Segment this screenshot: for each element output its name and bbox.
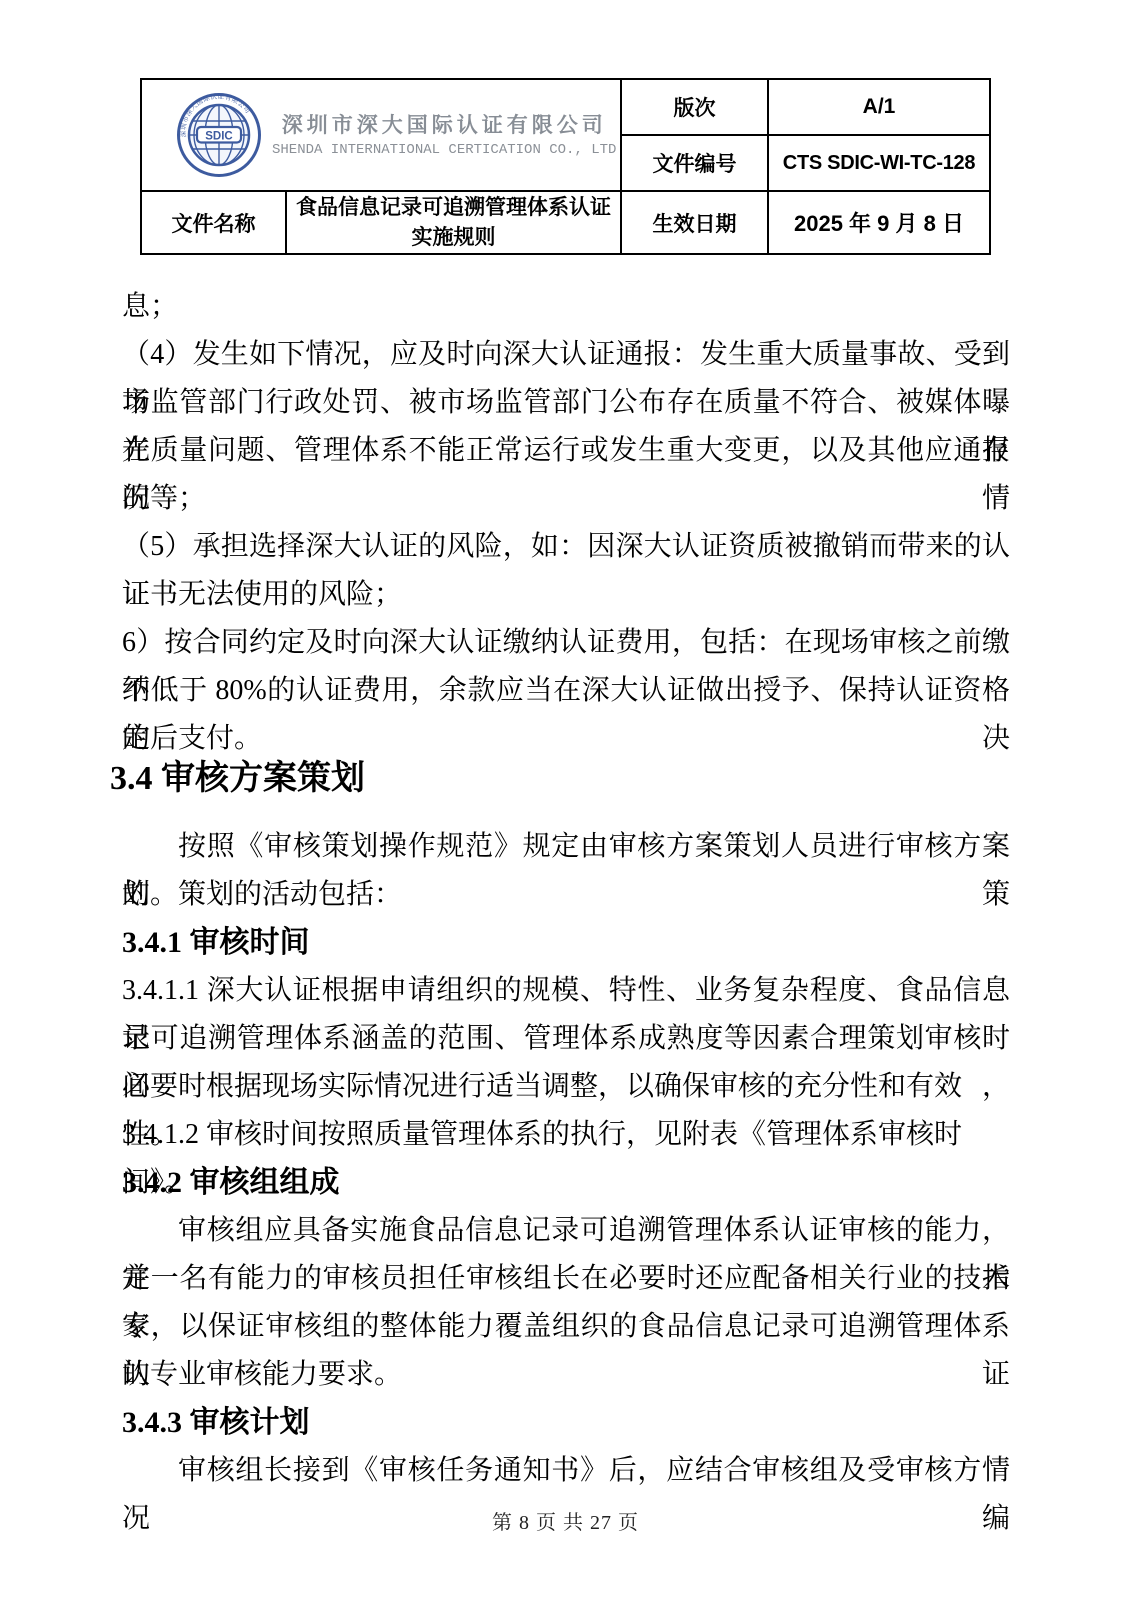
logo-sdic-text: SDIC bbox=[205, 131, 232, 143]
body-line: 审核组长接到《审核任务通知书》后，应结合审核组及受审核方情况编 bbox=[122, 1447, 1010, 1495]
section-heading: 3.4.1 审核时间 bbox=[122, 919, 1010, 967]
body-line: （5）承担选择深大认证的风险，如：因深大认证资质被撤销而带来的认证 bbox=[122, 523, 1010, 571]
document-body: 息；（4）发生如下情况，应及时向深大认证通报：发生重大质量事故、受到市场监管部门… bbox=[122, 283, 1010, 1495]
body-line: 录可追溯管理体系涵盖的范围、管理体系成熟度等因素合理策划审核时间， bbox=[122, 1015, 1010, 1063]
section-heading: 3.4.2 审核组组成 bbox=[122, 1159, 1010, 1207]
doc-title: 食品信息记录可追溯管理体系认证 实施规则 bbox=[286, 191, 621, 254]
company-logo-icon: 深圳市深大国际认证有限公司 SDIC bbox=[176, 92, 262, 178]
body-line: 不低于 80%的认证费用，余款应当在深大认证做出授予、保持认证资格的决 bbox=[122, 667, 1010, 715]
body-line: 6）按合同约定及时向深大认证缴纳认证费用，包括：在现场审核之前缴纳 bbox=[122, 619, 1010, 667]
body-line: 证书无法使用的风险； bbox=[122, 571, 1010, 619]
body-line: 必要时根据现场实际情况进行适当调整，以确保审核的充分性和有效性。 bbox=[122, 1063, 1010, 1111]
body-line: 在质量问题、管理体系不能正常运行或发生重大变更，以及其他应通报的情 bbox=[122, 427, 1010, 475]
body-line: 定一名有能力的审核员担任审核组长在必要时还应配备相关行业的技术专 bbox=[122, 1255, 1010, 1303]
body-line: 息； bbox=[122, 283, 1010, 331]
body-line: 按照《审核策划操作规范》规定由审核方案策划人员进行审核方案的策 bbox=[122, 823, 1010, 871]
version-label: 版次 bbox=[621, 79, 768, 135]
doc-title-line1: 食品信息记录可追溯管理体系认证 bbox=[287, 193, 620, 223]
header-row-doc-name: 文件名称 食品信息记录可追溯管理体系认证 实施规则 生效日期 2025 年 9 … bbox=[141, 191, 990, 254]
company-name-zh: 深圳市深大国际认证有限公司 bbox=[272, 110, 616, 140]
doc-title-line2: 实施规则 bbox=[287, 223, 620, 253]
company-name-en: SHENDA INTERNATIONAL CERTICATION CO., LT… bbox=[272, 140, 616, 160]
section-heading: 3.4.3 审核计划 bbox=[122, 1399, 1010, 1447]
version-value: A/1 bbox=[768, 79, 990, 135]
body-line: 3.4.1.1 深大认证根据申请组织的规模、特性、业务复杂程度、食品信息记 bbox=[122, 967, 1010, 1015]
body-line: （4）发生如下情况，应及时向深大认证通报：发生重大质量事故、受到市 bbox=[122, 331, 1010, 379]
effective-date-label: 生效日期 bbox=[621, 191, 768, 254]
document-page: 深圳市深大国际认证有限公司 SDIC 深圳市深大国际认证有限公司 SHENDA … bbox=[0, 0, 1131, 1600]
body-line: 场监管部门行政处罚、被市场监管部门公布存在质量不符合、被媒体曝光存 bbox=[122, 379, 1010, 427]
page-number: 第 8 页 共 27 页 bbox=[492, 1512, 639, 1534]
document-header-table: 深圳市深大国际认证有限公司 SDIC 深圳市深大国际认证有限公司 SHENDA … bbox=[140, 78, 991, 255]
body-line: 3.4.1.2 审核时间按照质量管理体系的执行，见附表《管理体系审核时间》。 bbox=[122, 1111, 1010, 1159]
page-footer: 第 8 页 共 27 页 bbox=[0, 1506, 1131, 1535]
doc-number-label: 文件编号 bbox=[621, 135, 768, 191]
effective-date-value: 2025 年 9 月 8 日 bbox=[768, 191, 990, 254]
company-identity-cell: 深圳市深大国际认证有限公司 SDIC 深圳市深大国际认证有限公司 SHENDA … bbox=[141, 79, 621, 191]
header-row-version: 深圳市深大国际认证有限公司 SDIC 深圳市深大国际认证有限公司 SHENDA … bbox=[141, 79, 990, 135]
body-line: 家，以保证审核组的整体能力覆盖组织的食品信息记录可追溯管理体系认证 bbox=[122, 1303, 1010, 1351]
doc-number-value: CTS SDIC-WI-TC-128 bbox=[768, 135, 990, 191]
doc-name-label: 文件名称 bbox=[141, 191, 286, 254]
section-heading: 3.4 审核方案策划 bbox=[110, 757, 1010, 801]
body-line: 审核组应具备实施食品信息记录可追溯管理体系认证审核的能力，并指 bbox=[122, 1207, 1010, 1255]
